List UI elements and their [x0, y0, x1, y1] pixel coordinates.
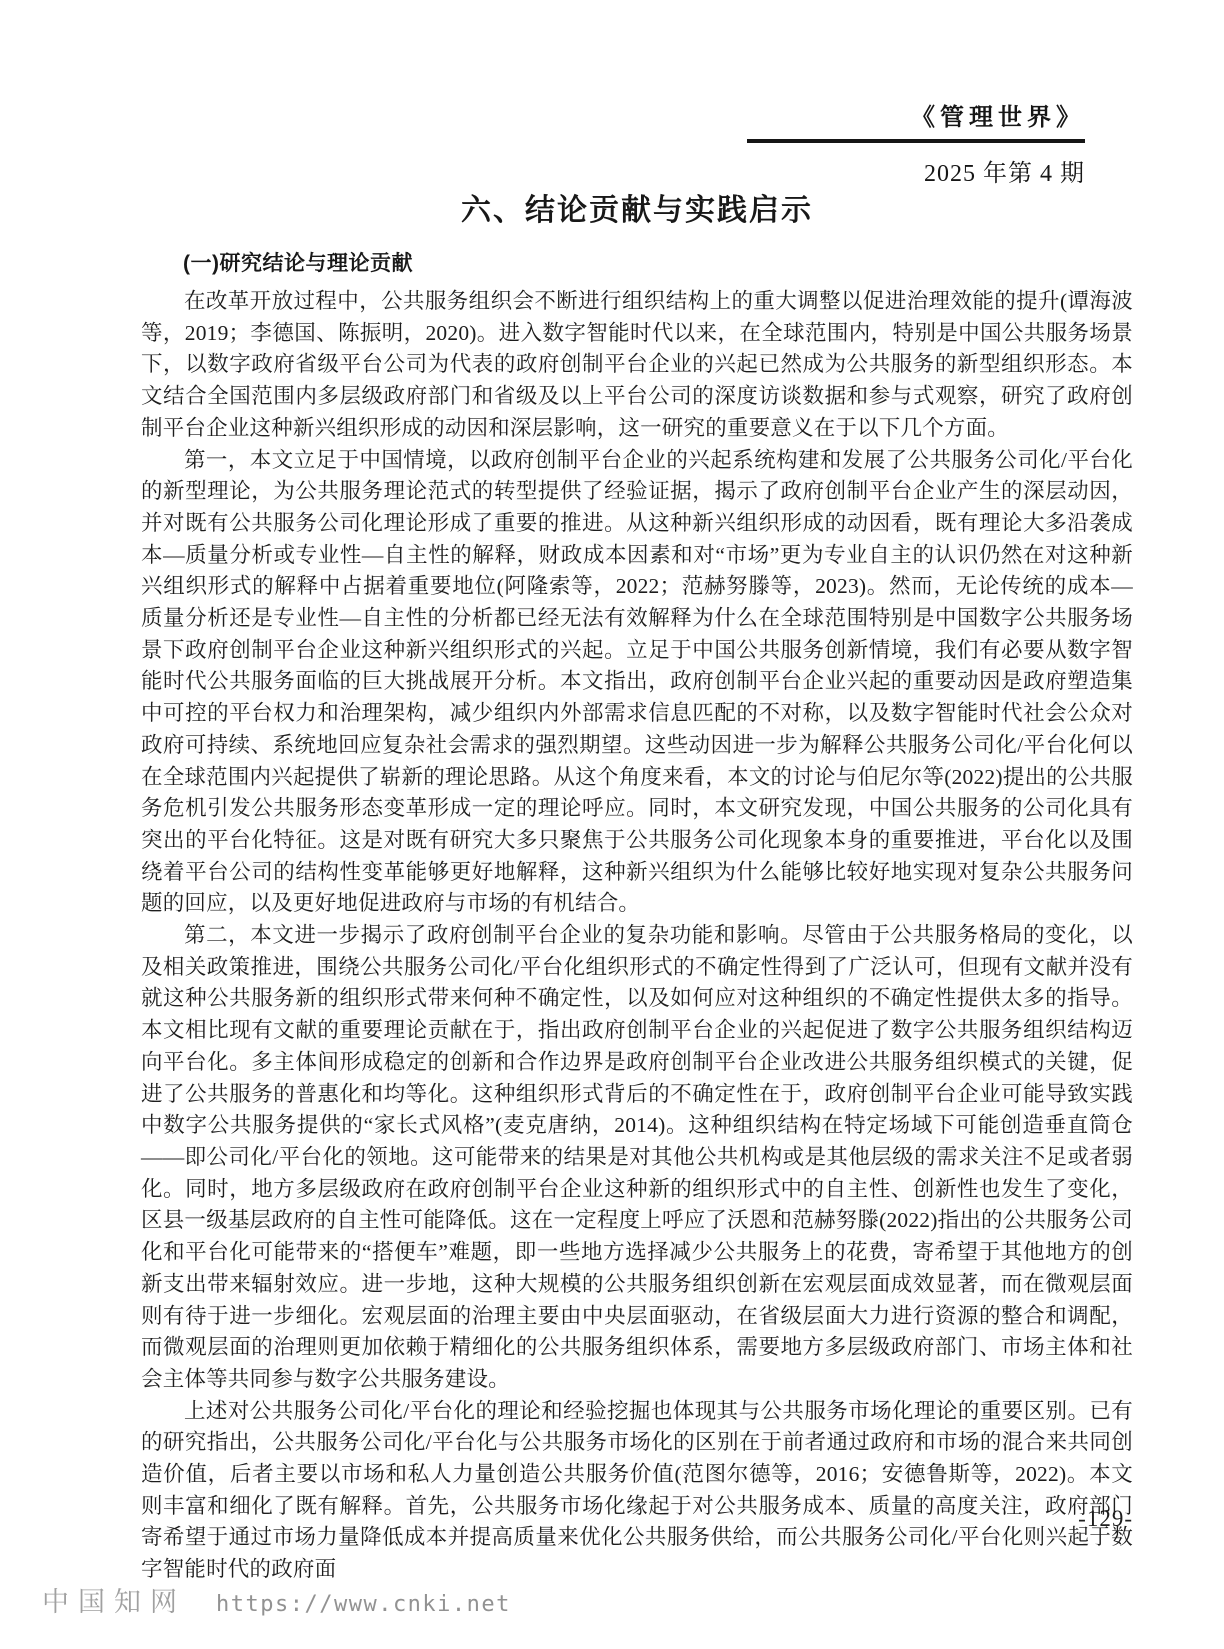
watermark-site-name: 中国知网: [42, 1580, 186, 1619]
paragraph-1: 在改革开放过程中，公共服务组织会不断进行组织结构上的重大调整以促进治理效能的提升…: [141, 286, 1133, 445]
paragraph-4: 上述对公共服务公司化/平台化的理论和经验挖掘也体现其与公共服务市场化理论的重要区…: [141, 1396, 1133, 1586]
cnki-watermark: 中国知网 https://www.cnki.net: [42, 1580, 511, 1619]
masthead-divider: [747, 139, 1085, 143]
paragraph-3: 第二，本文进一步揭示了政府创制平台企业的复杂功能和影响。尽管由于公共服务格局的变…: [141, 920, 1133, 1396]
section-title: 六、结论贡献与实践启示: [141, 193, 1133, 229]
paragraph-2: 第一，本文立足于中国情境，以政府创制平台企业的兴起系统构建和发展了公共服务公司化…: [141, 445, 1133, 921]
journal-masthead: 《管理世界》 2025 年第 4 期: [747, 97, 1085, 188]
journal-name: 《管理世界》: [747, 97, 1085, 132]
subsection-heading: (一)研究结论与理论贡献: [141, 251, 1133, 277]
paragraph-block: 在改革开放过程中，公共服务组织会不断进行组织结构上的重大调整以促进治理效能的提升…: [141, 286, 1133, 1586]
article-body: 六、结论贡献与实践启示 (一)研究结论与理论贡献 在改革开放过程中，公共服务组织…: [141, 185, 1133, 1586]
journal-page: 《管理世界》 2025 年第 4 期 六、结论贡献与实践启示 (一)研究结论与理…: [0, 0, 1224, 1649]
page-number: -129-: [1078, 1506, 1133, 1532]
issue-label: 2025 年第 4 期: [747, 153, 1085, 188]
watermark-url: https://www.cnki.net: [216, 1592, 511, 1617]
